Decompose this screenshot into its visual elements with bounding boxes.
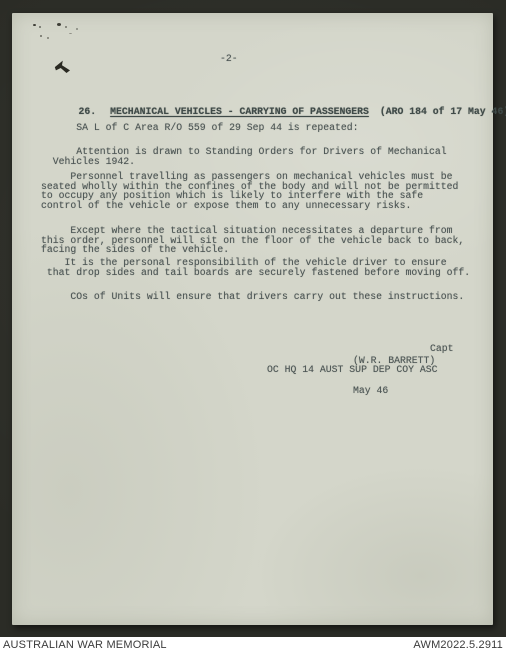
signature-unit: OC HQ 14 AUST SUP DEP COY ASC [267, 365, 438, 375]
ink-speck [47, 37, 49, 39]
paragraph-attention: Attention is drawn to Standing Orders fo… [41, 147, 447, 166]
signature-rank: Capt [430, 344, 454, 354]
ink-arrow-mark [54, 60, 70, 73]
ink-speck [57, 23, 61, 26]
document-page: -2- 26.MECHANICAL VEHICLES - CARRYING OF… [12, 13, 493, 625]
ink-speck [69, 33, 72, 34]
paragraph-responsibility: It is the personal responsibilith of the… [41, 258, 470, 277]
signature-date: May 46 [353, 386, 388, 396]
ink-speck [39, 26, 41, 28]
section-title-underlined: MECHANICAL VEHICLES - CARRYING OF PASSEN… [110, 106, 369, 117]
paragraph-cos-units: COs of Units will ensure that drivers ca… [41, 292, 464, 302]
ink-speck [40, 35, 42, 37]
section-reference: (ARO 184 of 17 May 46) [380, 106, 506, 117]
accession-number-label: AWM2022.5.2911 [413, 637, 503, 653]
ink-speck [65, 26, 67, 28]
ink-speck [33, 24, 36, 26]
archive-name-label: AUSTRALIAN WAR MEMORIAL [3, 637, 167, 653]
paragraph-except: Except where the tactical situation nece… [41, 226, 464, 255]
collection-caption-bar: AUSTRALIAN WAR MEMORIAL AWM2022.5.2911 [0, 637, 506, 653]
paragraph-personnel: Personnel travelling as passengers on me… [41, 172, 458, 210]
section-number: 26. [79, 106, 97, 117]
page-number: -2- [220, 54, 238, 64]
ink-speck [76, 28, 78, 30]
paragraph-repeat-order: SA L of C Area R/O 559 of 29 Sep 44 is r… [41, 123, 358, 133]
